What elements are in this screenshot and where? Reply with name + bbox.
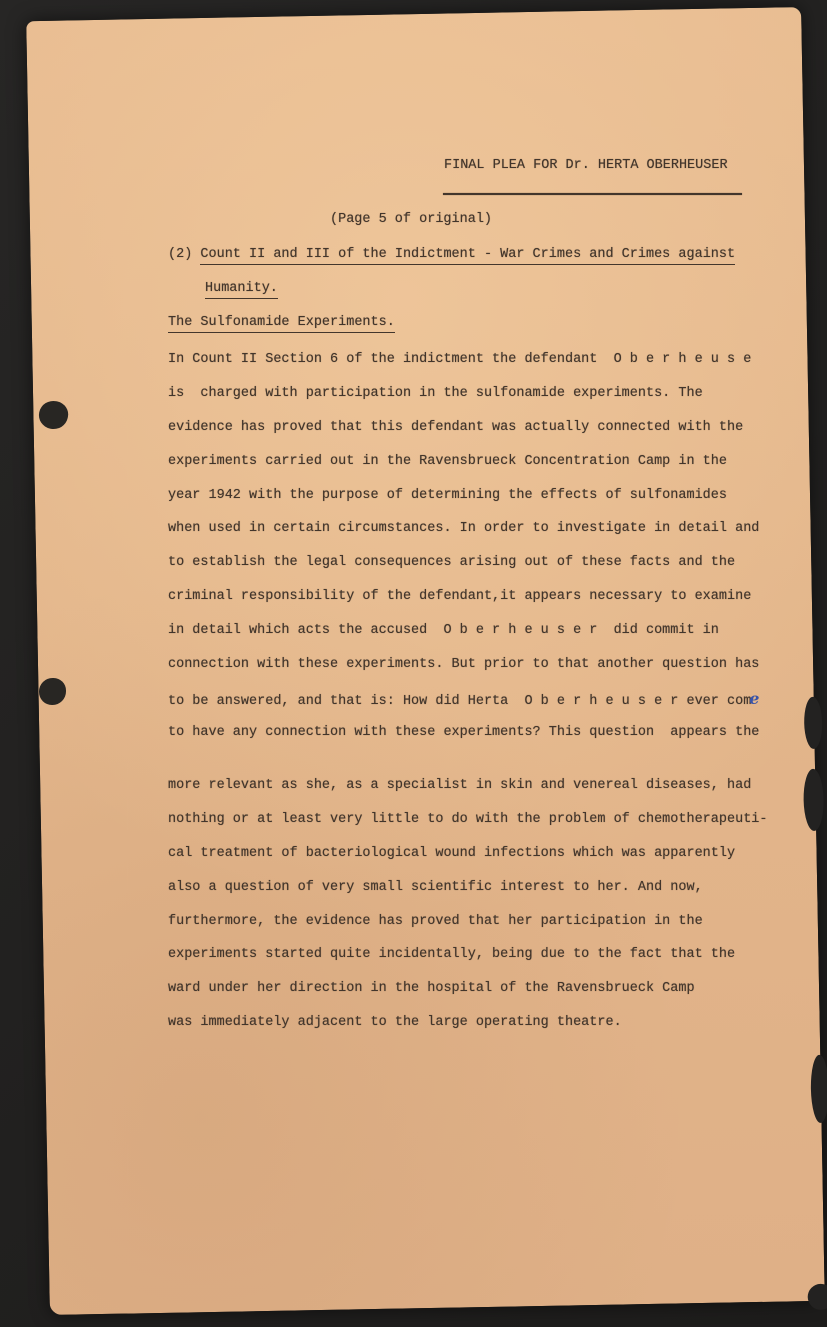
text-line: In Count II Section 6 of the indictment …: [168, 343, 808, 377]
paragraph-1: In Count II Section 6 of the indictment …: [168, 343, 808, 750]
subsection-heading-text: The Sulfonamide Experiments.: [168, 315, 395, 333]
scan-background: FINAL PLEA FOR Dr. HERTA OBERHEUSER (Pag…: [0, 0, 827, 1327]
text-line: furthermore, the evidence has proved tha…: [168, 905, 808, 939]
section-number: (2): [168, 247, 200, 262]
text-line: to be answered, and that is: How did Her…: [168, 682, 808, 716]
paragraph-2: more relevant as she, as a specialist in…: [168, 769, 808, 1040]
text-line: cal treatment of bacteriological wound i…: [168, 837, 808, 871]
text-line: in detail which acts the accused O b e r…: [168, 614, 808, 648]
text-line: also a question of very small scientific…: [168, 871, 808, 905]
text-line: year 1942 with the purpose of determinin…: [168, 479, 808, 513]
text-line: ward under her direction in the hospital…: [168, 972, 808, 1006]
text-line: connection with these experiments. But p…: [168, 648, 808, 682]
text-line: when used in certain circumstances. In o…: [168, 512, 808, 546]
section-heading-line2: Humanity.: [205, 281, 278, 296]
text-line: evidence has proved that this defendant …: [168, 411, 808, 445]
document-title: FINAL PLEA FOR Dr. HERTA OBERHEUSER: [444, 158, 728, 173]
document-content: FINAL PLEA FOR Dr. HERTA OBERHEUSER (Pag…: [0, 0, 827, 1327]
section-heading-text: Count II and III of the Indictment - War…: [200, 247, 735, 265]
text-line-typed: to be answered, and that is: How did Her…: [168, 694, 751, 709]
text-line: to establish the legal consequences aris…: [168, 546, 808, 580]
text-line: criminal responsibility of the defendant…: [168, 580, 808, 614]
text-line: experiments carried out in the Ravensbru…: [168, 445, 808, 479]
section-heading-line1: (2) Count II and III of the Indictment -…: [168, 247, 735, 262]
text-line: to have any connection with these experi…: [168, 716, 808, 750]
punch-hole-top: [36, 398, 70, 431]
text-line: nothing or at least very little to do wi…: [168, 803, 808, 837]
page-number-note: (Page 5 of original): [330, 212, 492, 227]
punch-hole-bottom: [39, 678, 66, 705]
text-line: more relevant as she, as a specialist in…: [168, 769, 808, 803]
title-underline-rule: [443, 193, 742, 195]
text-line: experiments started quite incidentally, …: [168, 938, 808, 972]
text-line: was immediately adjacent to the large op…: [168, 1006, 808, 1040]
section-heading-text2: Humanity.: [205, 281, 278, 299]
text-line: is charged with participation in the sul…: [168, 377, 808, 411]
subsection-heading: The Sulfonamide Experiments.: [168, 315, 395, 330]
handwritten-correction: e: [749, 689, 759, 708]
